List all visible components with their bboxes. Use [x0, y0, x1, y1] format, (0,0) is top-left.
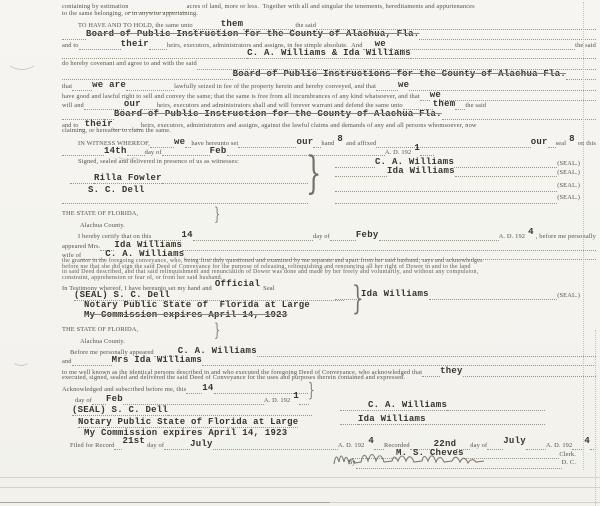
typed-entry: their: [121, 39, 149, 49]
dotted-rule: [299, 403, 309, 405]
printed-text: I hereby certify that on this: [78, 233, 151, 240]
typed-entry: Feb: [106, 394, 123, 404]
printed-text: day of: [145, 149, 162, 156]
gap: [212, 289, 215, 290]
typed-entry: 14: [181, 230, 192, 240]
printed-text: and to: [62, 42, 79, 49]
dotted-rule: [62, 154, 104, 156]
printed-text: THE STATE OF FLORIDA,: [62, 326, 138, 333]
printed-text: TO HAVE AND TO HOLD, the same unto: [78, 22, 193, 29]
printed-text: the said: [295, 22, 316, 29]
ida-williams-signature-line: Ida Williams: [340, 415, 545, 426]
typed-entry: July: [503, 436, 526, 446]
printed-text: (SEAL.): [557, 182, 580, 189]
typed-entry: Feb: [210, 146, 227, 156]
printed-text: heirs, executors and administrators shal…: [157, 102, 403, 109]
gap: [334, 144, 337, 145]
typed-entry: them: [433, 99, 456, 109]
seal-line-2: Ida Williams(SEAL.): [335, 167, 580, 178]
printed-text: Clerk.: [559, 451, 576, 458]
scan-mark: [116, 148, 138, 160]
witness-rule: [62, 194, 308, 205]
typed-entry: Board of Public Instructions for the Cou…: [233, 69, 566, 79]
printed-text: that: [62, 83, 72, 90]
gap: [566, 144, 569, 145]
printed-text: do hereby covenant and agree to and with…: [62, 60, 197, 67]
dotted-rule: [335, 190, 557, 192]
witness-rilla-fowler: Rilla Fowler: [70, 174, 308, 185]
dotted-rule: [335, 202, 557, 204]
dotted-rule: [164, 448, 190, 450]
typed-entry: Rilla Fowler: [94, 173, 162, 184]
typed-entry: My Commission expires April 14, 1923: [84, 310, 287, 320]
typed-entry: C. A. Williams & Ida Williams: [247, 48, 411, 59]
printed-text: to the same belonging, or in anywise app…: [62, 10, 198, 17]
printed-text: day of: [75, 397, 92, 404]
printed-text: seal: [556, 140, 567, 147]
typed-entry: My Commission expires April 14, 1923: [84, 428, 287, 438]
seal-line-3: (SEAL.): [335, 182, 580, 193]
typed-entry: we: [174, 137, 185, 147]
dotted-rule: [62, 57, 247, 59]
typed-entry: 21st: [122, 436, 145, 446]
estimation-clause-line2: to the same belonging, or in anywise app…: [62, 10, 596, 21]
dotted-rule: [340, 409, 368, 411]
dotted-rule: [62, 78, 233, 80]
commission-expires-1: My Commission expires April 14, 1923: [84, 311, 374, 322]
dotted-rule: [162, 182, 308, 184]
dotted-rule: [420, 154, 434, 156]
printed-text: (SEAL.): [557, 169, 580, 176]
printed-text: claiming, or hereafter to claim the same…: [62, 127, 171, 134]
scan-mark: [0, 502, 330, 503]
scan-mark: [6, 48, 38, 70]
printed-text: and: [62, 358, 72, 365]
typed-entry: we are: [92, 80, 126, 90]
typed-entry: we: [398, 80, 409, 90]
typed-entry: our: [531, 137, 548, 147]
scan-mark: [330, 502, 600, 503]
typed-entry: Board of Public Instruction for the Coun…: [86, 29, 419, 39]
dotted-rule: [548, 146, 556, 148]
dotted-rule: [72, 364, 112, 366]
printed-text: will and: [62, 102, 84, 109]
typed-entry: our: [124, 99, 141, 109]
typed-entry: Notary Public State of Florida at Large: [84, 300, 310, 310]
typed-entry: Feby: [356, 230, 379, 240]
typed-entry: 4: [368, 436, 374, 446]
dotted-rule: [411, 57, 596, 59]
printed-text: (SEAL.): [557, 160, 580, 167]
dotted-rule: [168, 414, 312, 416]
typed-entry: Ida Williams: [387, 166, 455, 176]
printed-text: the said: [575, 42, 596, 49]
typed-entry: Board of Public Instruction for the Coun…: [114, 109, 442, 119]
scanned-deed-page: containing by estimationacres of land, m…: [0, 0, 600, 506]
dotted-rule: [70, 182, 94, 184]
typed-entry: them: [221, 19, 244, 29]
typed-entry: Official: [215, 279, 260, 289]
state-brace-1: }: [214, 206, 220, 224]
printed-text: have good and lawful right to sell and c…: [62, 93, 420, 100]
typed-entry: July: [190, 439, 213, 449]
dotted-rule: [202, 364, 596, 366]
printed-text: Acknowledged and subscribed before me, t…: [62, 386, 186, 393]
gap: [525, 237, 528, 238]
scan-mark: [0, 477, 600, 478]
typed-entry: (SEAL) S. C. Dell: [72, 405, 168, 416]
printed-text: day of: [147, 442, 164, 449]
state-of-florida-2: THE STATE OF FLORIDA,: [62, 326, 222, 337]
ca-williams-signature-line: C. A. Williams: [340, 401, 545, 412]
printed-text: Alachua County.: [80, 338, 125, 345]
dotted-rule: [162, 154, 210, 156]
subscribed-before-line: Acknowledged and subscribed before me, t…: [62, 384, 308, 395]
printed-text: A. D. 192: [546, 442, 572, 449]
printed-text: , before me personally: [536, 233, 596, 240]
state-brace-2: }: [214, 322, 220, 340]
typed-entry: Notary Public State of Florida at Large: [78, 417, 298, 428]
dotted-rule: [426, 423, 545, 425]
typed-entry: 8: [569, 134, 575, 144]
dotted-rule: [429, 298, 557, 300]
printed-text: the said: [465, 102, 486, 109]
typed-entry: 14: [202, 383, 213, 393]
and-mrs-ida-line: andMrs Ida Williams: [62, 356, 596, 367]
printed-text: THE STATE OF FLORIDA,: [62, 210, 138, 217]
scan-mark: [12, 352, 30, 366]
seal-brace-1: }: [352, 281, 364, 314]
typed-entry: 4: [584, 436, 590, 446]
printed-text: A. D. 192: [499, 233, 525, 240]
typed-entry: C. A. Williams: [368, 400, 447, 411]
printed-text: constraint, apprehension or fear of, or …: [62, 275, 223, 281]
printed-text: Signed, sealed and delivered in presence…: [78, 158, 239, 165]
typed-entry: our: [296, 137, 313, 147]
typed-entry: 4: [528, 227, 534, 237]
witness-brace: }: [306, 152, 321, 196]
printed-text: Filed for Record: [70, 442, 114, 449]
clerk-signature: [330, 447, 500, 471]
gap: [290, 401, 293, 402]
dotted-rule: [114, 448, 122, 450]
dotted-rule: [455, 175, 557, 177]
typed-entry: 1: [293, 391, 299, 401]
ida-williams-seal-line: Ida Williams(SEAL.): [335, 290, 580, 301]
printed-text: A. D. 192: [264, 397, 290, 404]
printed-text: on this: [578, 140, 596, 147]
typed-entry: Ida Williams: [358, 414, 426, 425]
printed-text: day of: [313, 233, 330, 240]
typed-entry: 1: [414, 143, 420, 153]
scan-mark: [595, 330, 596, 506]
covenantee-board-line: Board of Public Instructions for the Cou…: [62, 70, 596, 81]
typed-entry: Ida Williams: [361, 289, 429, 299]
dotted-rule: [62, 202, 308, 204]
printed-text: lawfully seized in fee of the property h…: [174, 83, 376, 90]
printed-text: A. D. 192: [385, 149, 411, 156]
printed-text: Alachua County.: [80, 222, 125, 229]
printed-text: (SEAL.): [557, 194, 580, 201]
notary-seal-dell-2: (SEAL) S. C. Dell: [72, 406, 312, 417]
defend-clause-line2: claiming, or hereafter to claim the same…: [62, 127, 596, 138]
printed-text: (SEAL.): [557, 292, 580, 299]
scan-mark: [583, 2, 584, 470]
printed-text: D. C.: [562, 459, 576, 466]
gap: [411, 153, 414, 154]
scan-mark: [0, 487, 600, 488]
printed-text: appeared Mrs.: [62, 243, 100, 250]
dotted-rule: [447, 409, 545, 411]
dotted-rule: [186, 392, 202, 394]
grantor-names-line: C. A. Williams & Ida Williams: [62, 49, 596, 60]
dotted-rule: [213, 448, 338, 450]
typed-entry: 8: [337, 134, 343, 144]
dotted-rule: [335, 175, 387, 177]
printed-text: executed, signed, sealed and delivered t…: [62, 374, 405, 381]
typed-entry: Mrs Ida Williams: [112, 355, 202, 365]
ack-brace: }: [308, 381, 315, 400]
dotted-rule: [566, 78, 596, 80]
state-of-florida-1: THE STATE OF FLORIDA,: [62, 210, 222, 221]
seal-line-4: (SEAL.): [335, 194, 580, 205]
